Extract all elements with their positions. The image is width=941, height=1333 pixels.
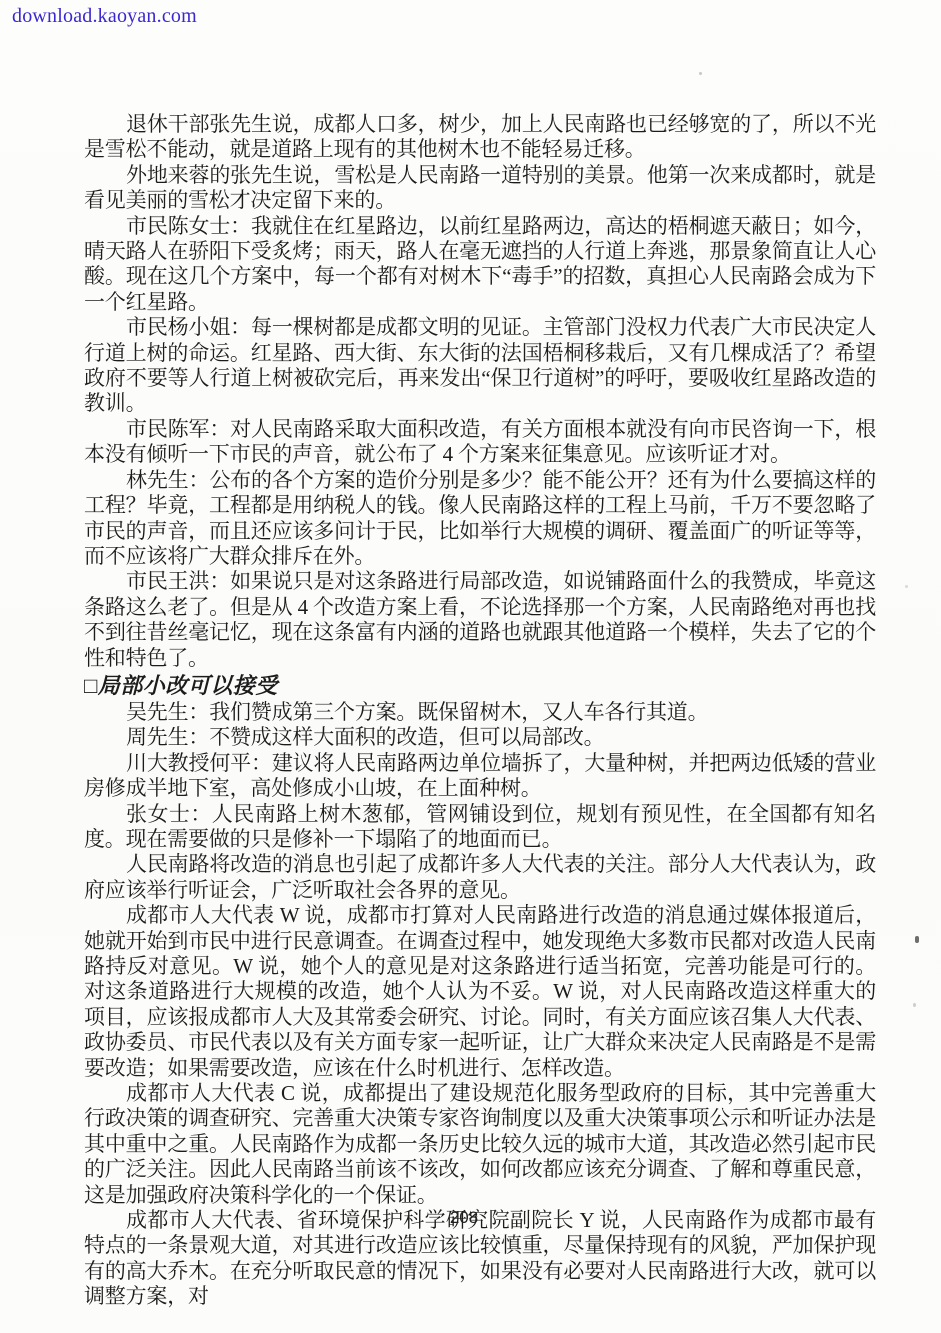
paragraph-npc-deputy-w: 成都市人大代表 W 说，成都市打算对人民南路进行改造的消息通过媒体报道后，她就开… [84,903,876,1081]
paragraph-npc-attention: 人民南路将改造的消息也引起了成都许多人大代表的关注。部分人大代表认为，政府应该举… [84,852,876,903]
paragraph-zhou-xiansheng: 周先生：不赞成这样大面积的改造，但可以局部改。 [84,725,876,750]
paragraph-zhang-nvshi: 张女士：人民南路上树木葱郁，管网铺设到位，规划有预见性，在全国都有知名度。现在需… [84,802,876,853]
scan-speck [913,1003,916,1007]
paragraph-citizen-chen-jun: 市民陈军：对人民南路采取大面积改造，有关方面根本就没有向市民咨询一下，根本没有倾… [84,417,876,468]
paragraph-npc-deputy-c: 成都市人大代表 C 说，成都提出了建设规范化服务型政府的目标，其中完善重大行政决… [84,1081,876,1208]
paragraph-retired-cadre-zhang: 退休干部张先生说，成都人口多，树少，加上人民南路也已经够宽的了，所以不光是雪松不… [84,112,876,163]
paragraph-citizen-chen-nvshi: 市民陈女士：我就住在红星路边，以前红星路两边，高达的梧桐遮天蔽日；如今，晴天路人… [84,214,876,316]
paragraph-visitor-zhang: 外地来蓉的张先生说，雪松是人民南路一道特别的美景。他第一次来成都时，就是看见美丽… [84,163,876,214]
scan-speck [628,1268,632,1271]
paragraph-professor-he-ping: 川大教授何平：建议将人民南路两边单位墙拆了，大量种树，并把两边低矮的营业房修成半… [84,751,876,802]
page-number: 208 [84,1208,844,1228]
section-heading-partial-small-change: □局部小改可以接受 [84,672,876,699]
document-body: 退休干部张先生说，成都人口多，树少，加上人民南路也已经够宽的了，所以不光是雪松不… [84,112,876,1310]
paragraph-citizen-yang-xiaojie: 市民杨小姐：每一棵树都是成都文明的见证。主管部门没权力代表广大市民决定人行道上树… [84,315,876,417]
scan-speck [699,72,702,75]
paragraph-lin-xiansheng: 林先生：公布的各个方案的造价分别是多少？能不能公开？还有为什么要搞这样的工程？毕… [84,468,876,570]
scan-speck [915,936,919,943]
scan-speck [905,585,908,588]
scanned-page: download.kaoyan.com 退休干部张先生说，成都人口多，树少，加上… [0,0,941,1333]
watermark-text: download.kaoyan.com [12,5,197,28]
paragraph-citizen-wang-hong: 市民王洪：如果说只是对这条路进行局部改造，如说铺路面什么的我赞成，毕竟这条路这么… [84,569,876,671]
paragraph-wu-xiansheng: 吴先生：我们赞成第三个方案。既保留树木，又人车各行其道。 [84,700,876,725]
